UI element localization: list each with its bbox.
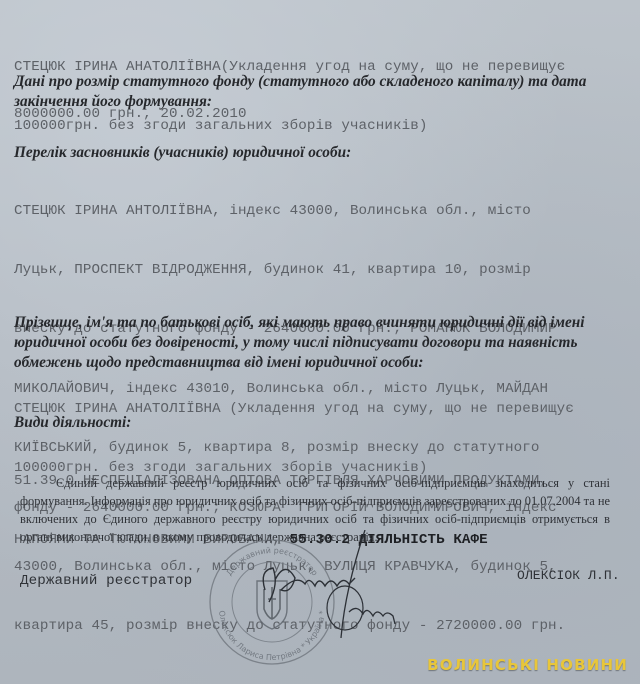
heading-line: юридичної особи без довіреності, у тому …: [14, 333, 584, 353]
signature-icon: [245, 530, 425, 640]
watermark-logo: ВОЛИНСЬКІ НОВИНИ: [427, 656, 628, 674]
registrar-label: Державний реєстратор: [20, 572, 192, 592]
founders-line: СТЕЦЮК ІРИНА АНТОЛІЇВНА, індекс 43000, В…: [14, 202, 565, 222]
heading-line: Прізвище, ім'я та по батькові осіб, які …: [14, 313, 584, 333]
capital-value: 8000000.00 грн., 20.02.2010: [14, 105, 247, 125]
founders-heading: Перелік засновників (учасників) юридично…: [14, 143, 351, 163]
heading-line: Дані про розмір статутного фонду (статут…: [14, 72, 586, 92]
registrar-name: ОЛЕКСІОК Л.П.: [517, 566, 620, 586]
activities-heading: Види діяльності:: [14, 413, 131, 433]
founders-line: Луцьк, ПРОСПЕКТ ВІДРОДЖЕННЯ, будинок 41,…: [14, 261, 565, 281]
